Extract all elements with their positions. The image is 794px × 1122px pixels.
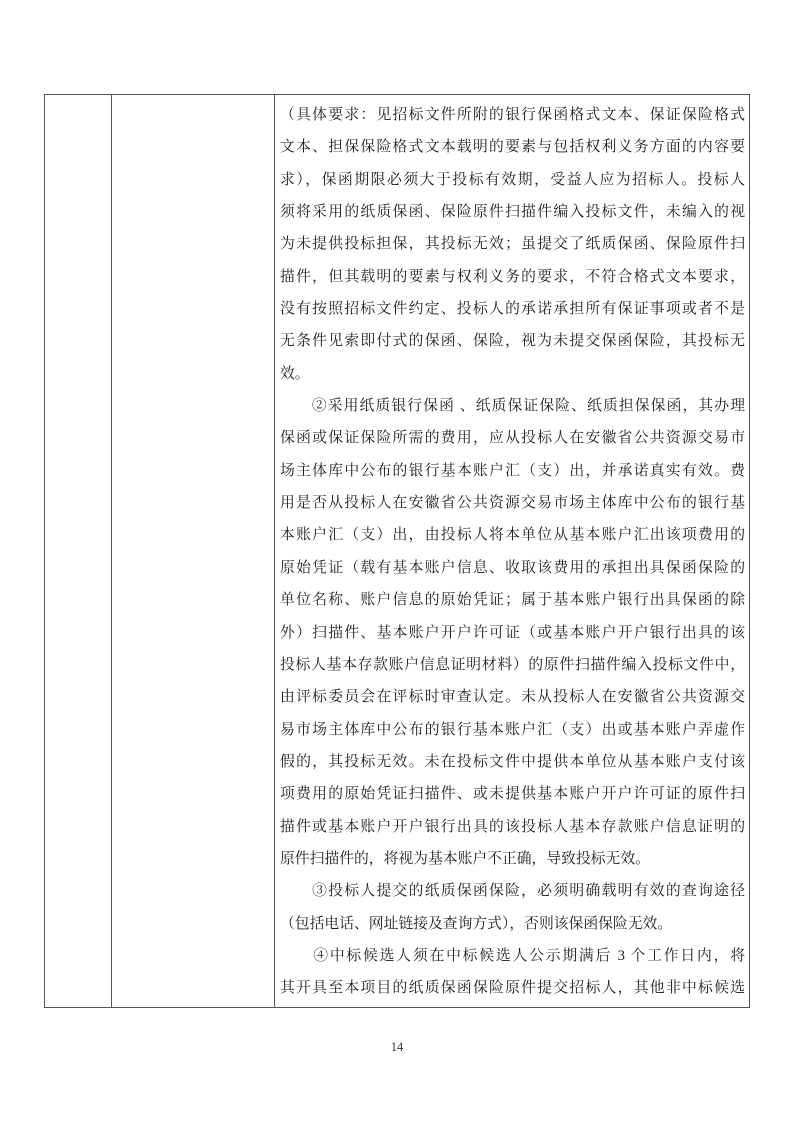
table-cell-content: （具体要求：见招标文件所附的银行保函格式文本、保证保险格式 文本、担保保险格式文… [275, 95, 749, 1007]
text-line: 本账户汇（支）出，由投标人将本单位从基本账户汇出该项费用的 [280, 519, 745, 551]
text-line: 外）扫描件、基本账户开户许可证（或基本账户开户银行出具的该 [280, 617, 745, 649]
text-line: 由评标委员会在评标时审查认定。未从投标人在安徽省公共资源交 [280, 681, 745, 713]
bid-guarantee-table: （具体要求：见招标文件所附的银行保函格式文本、保证保险格式 文本、担保保险格式文… [44, 94, 750, 1008]
table-cell-empty-1 [45, 95, 112, 1007]
text-line: ②采用纸质银行保函 、纸质保证保险、纸质担保保函，其办理 [280, 390, 745, 422]
text-line: 须将采用的纸质保函、保险原件扫描件编入投标文件，未编入的视 [280, 196, 745, 228]
text-line: 原始凭证（载有基本账户信息、收取该费用的承担出具保函保险的 [280, 552, 745, 584]
text-line: 为未提供投标担保，其投标无效；虽提交了纸质保函、保险原件扫 [280, 228, 745, 260]
table-cell-empty-2 [112, 95, 275, 1007]
text-line: （包括电话、网址链接及查询方式），否则该保函保险无效。 [280, 908, 745, 940]
text-line: 用是否从投标人在安徽省公共资源交易市场主体库中公布的银行基 [280, 487, 745, 519]
text-line: （具体要求：见招标文件所附的银行保函格式文本、保证保险格式 [280, 99, 745, 131]
text-line: 假的，其投标无效。未在投标文件中提供本单位从基本账户支付该 [280, 746, 745, 778]
text-line: 没有按照招标文件约定、投标人的承诺承担所有保证事项或者不是 [280, 293, 745, 325]
text-line: 保函或保证保险所需的费用，应从投标人在安徽省公共资源交易市 [280, 422, 745, 454]
text-line: 项费用的原始凭证扫描件、或未提供基本账户开户许可证的原件扫 [280, 778, 745, 810]
page-number: 14 [0, 1040, 794, 1055]
text-line: 文本、担保保险格式文本载明的要素与包括权利义务方面的内容要 [280, 131, 745, 163]
text-line: 投标人基本存款账户信息证明材料）的原件扫描件编入投标文件中， [280, 649, 745, 681]
text-line: 描件，但其载明的要素与权利义务的要求，不符合格式文本要求， [280, 261, 745, 293]
document-page: （具体要求：见招标文件所附的银行保函格式文本、保证保险格式 文本、担保保险格式文… [0, 0, 794, 1122]
text-line: 原件扫描件的，将视为基本账户不正确，导致投标无效。 [280, 843, 745, 875]
text-line: ④中标候选人须在中标候选人公示期满后 3 个工作日内，将 [280, 940, 745, 972]
text-line: 求），保函期限必须大于投标有效期，受益人应为招标人。投标人 [280, 164, 745, 196]
text-line: 效。 [280, 358, 745, 390]
text-line: 单位名称、账户信息的原始凭证；属于基本账户银行出具保函的除 [280, 584, 745, 616]
text-line: 无条件见索即付式的保函、保险，视为未提交保函保险，其投标无 [280, 325, 745, 357]
text-line: 易市场主体库中公布的银行基本账户汇（支）出或基本账户弄虚作 [280, 714, 745, 746]
text-line: 其开具至本项目的纸质保函保险原件提交招标人，其他非中标候选 [280, 972, 745, 1004]
text-line: 描件或基本账户开户银行出具的该投标人基本存款账户信息证明的 [280, 811, 745, 843]
text-line: ③投标人提交的纸质保函保险，必须明确载明有效的查询途径 [280, 875, 745, 907]
text-line: 场主体库中公布的银行基本账户汇（支）出，并承诺真实有效。费 [280, 455, 745, 487]
